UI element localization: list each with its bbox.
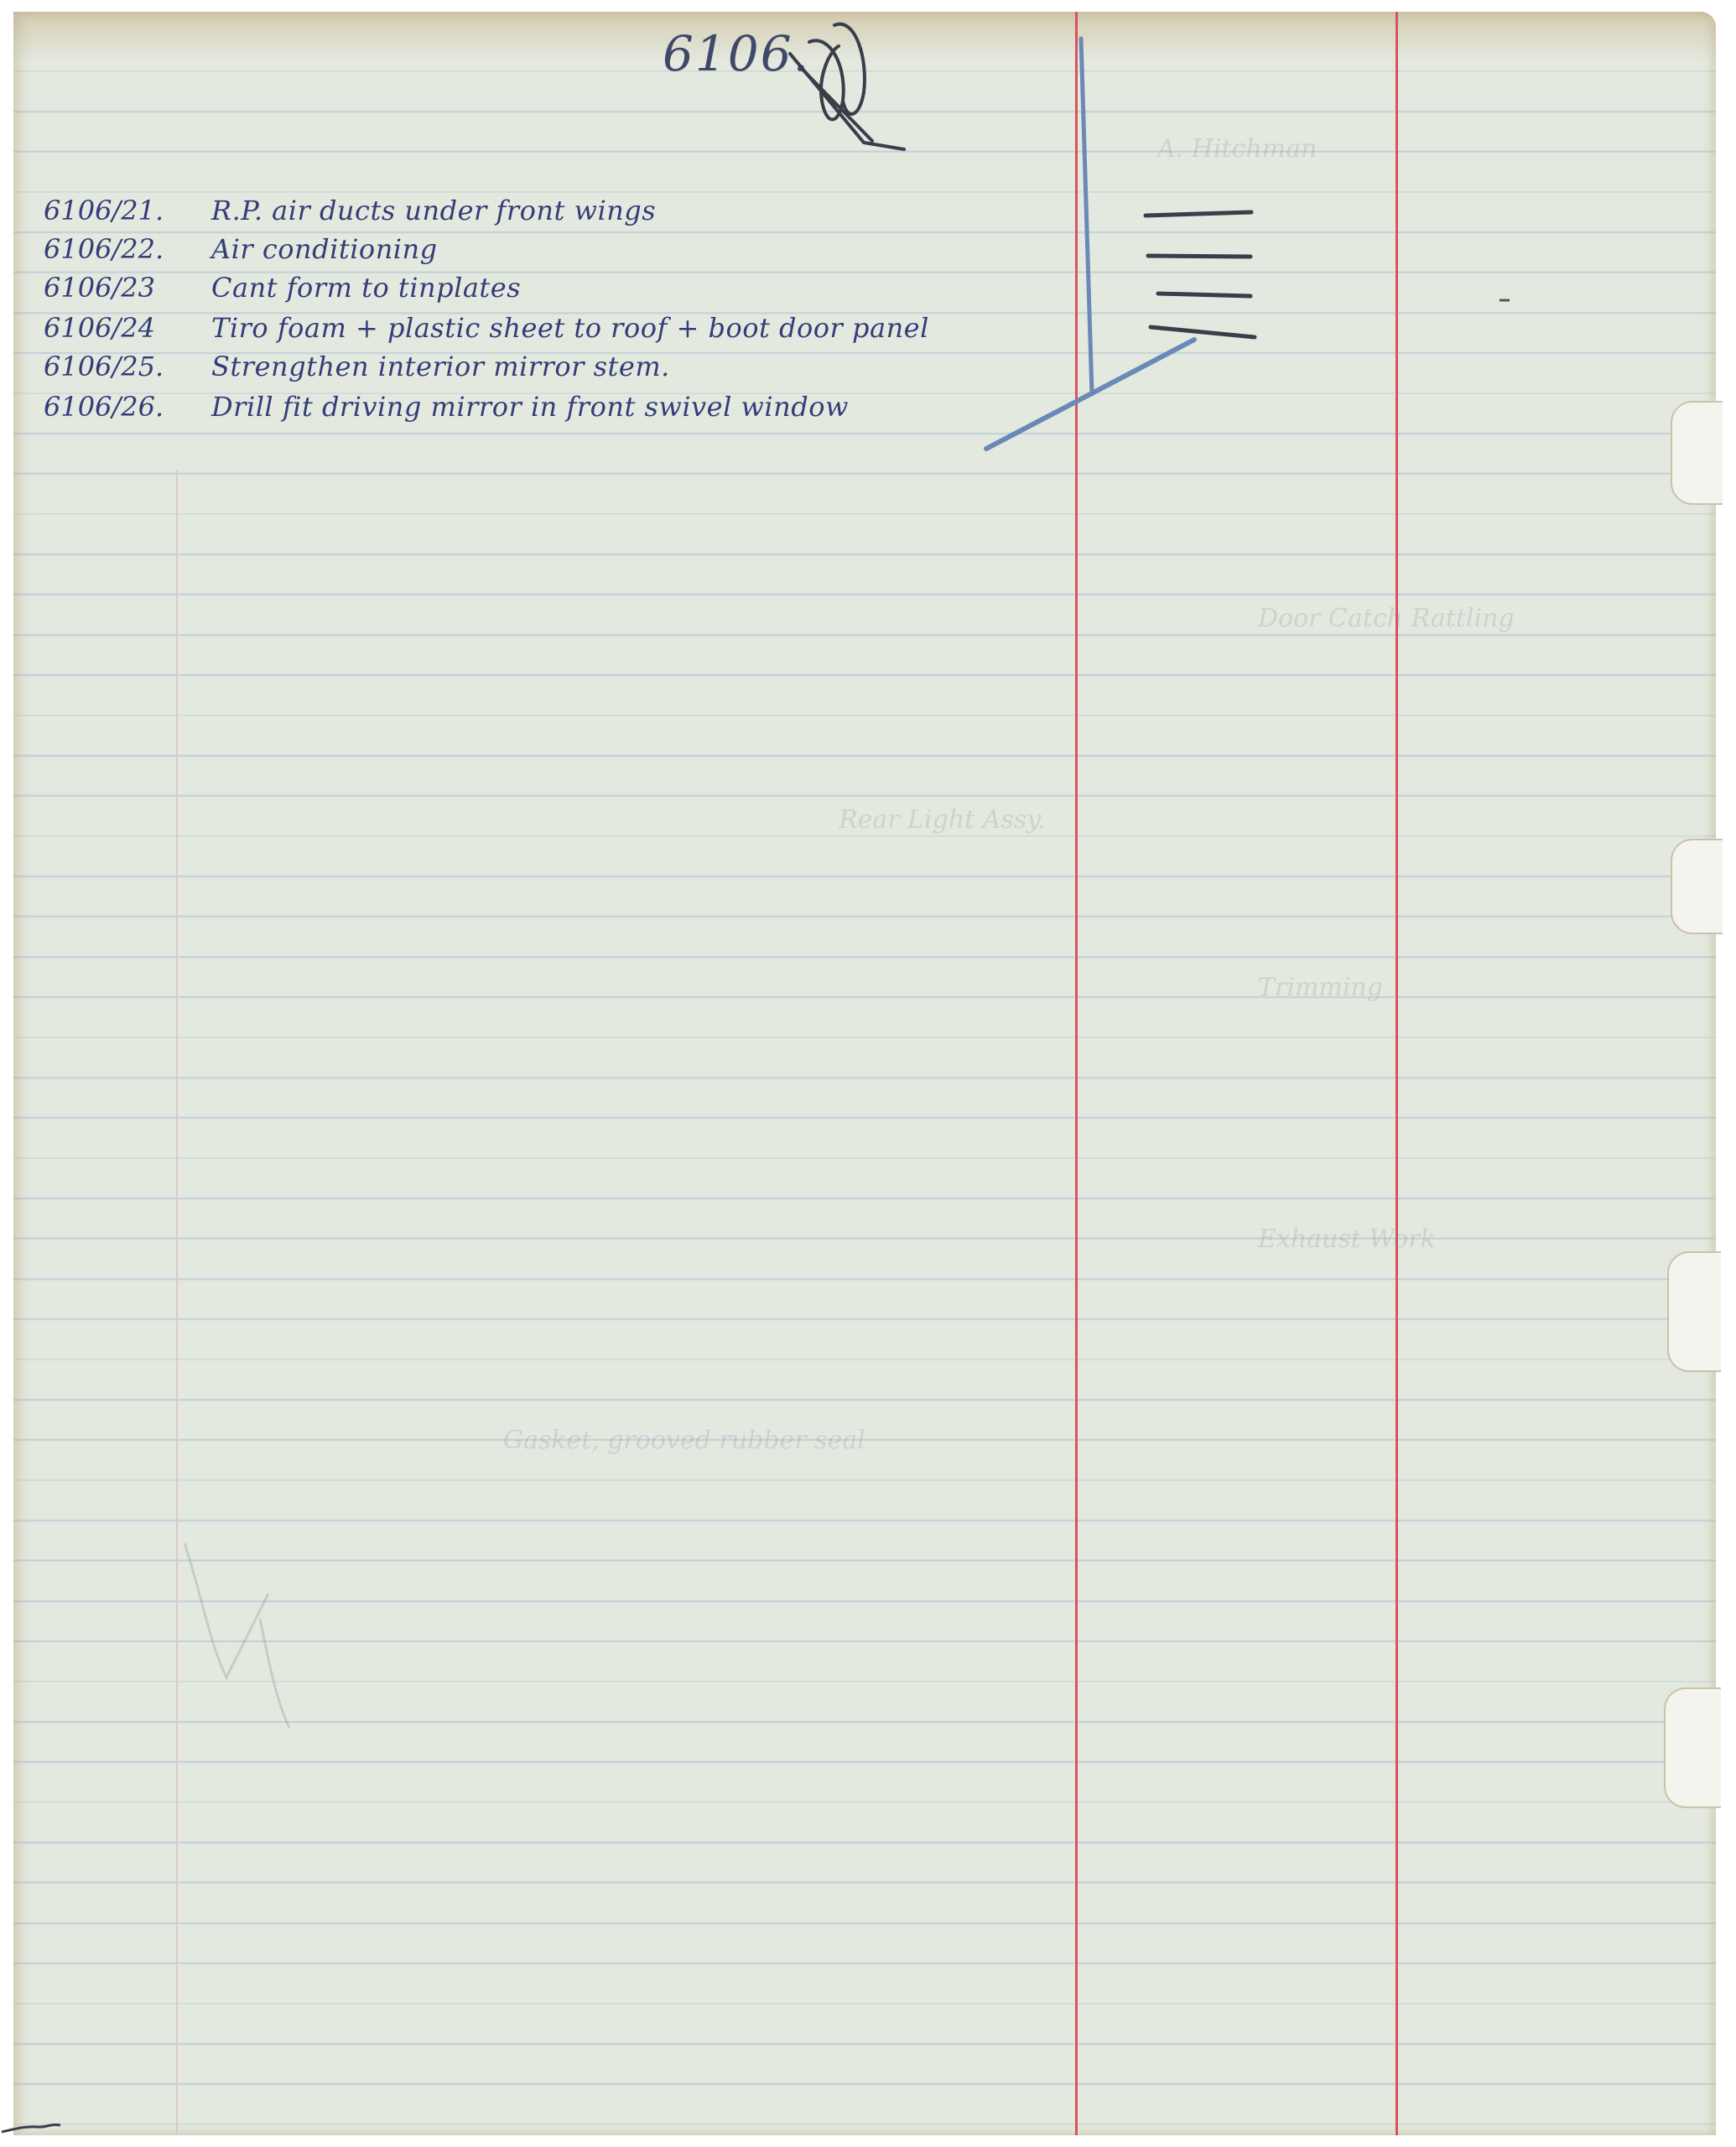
- signature-initials-icon: [790, 24, 904, 149]
- stray-ink-mark-icon: [2, 2125, 60, 2132]
- faint-pencil-marks-icon: [185, 1543, 289, 1728]
- tick-marks-icon: [1146, 212, 1255, 337]
- annotation-overlay: [0, 0, 1736, 2147]
- bracket-vertical-icon: [1081, 39, 1092, 394]
